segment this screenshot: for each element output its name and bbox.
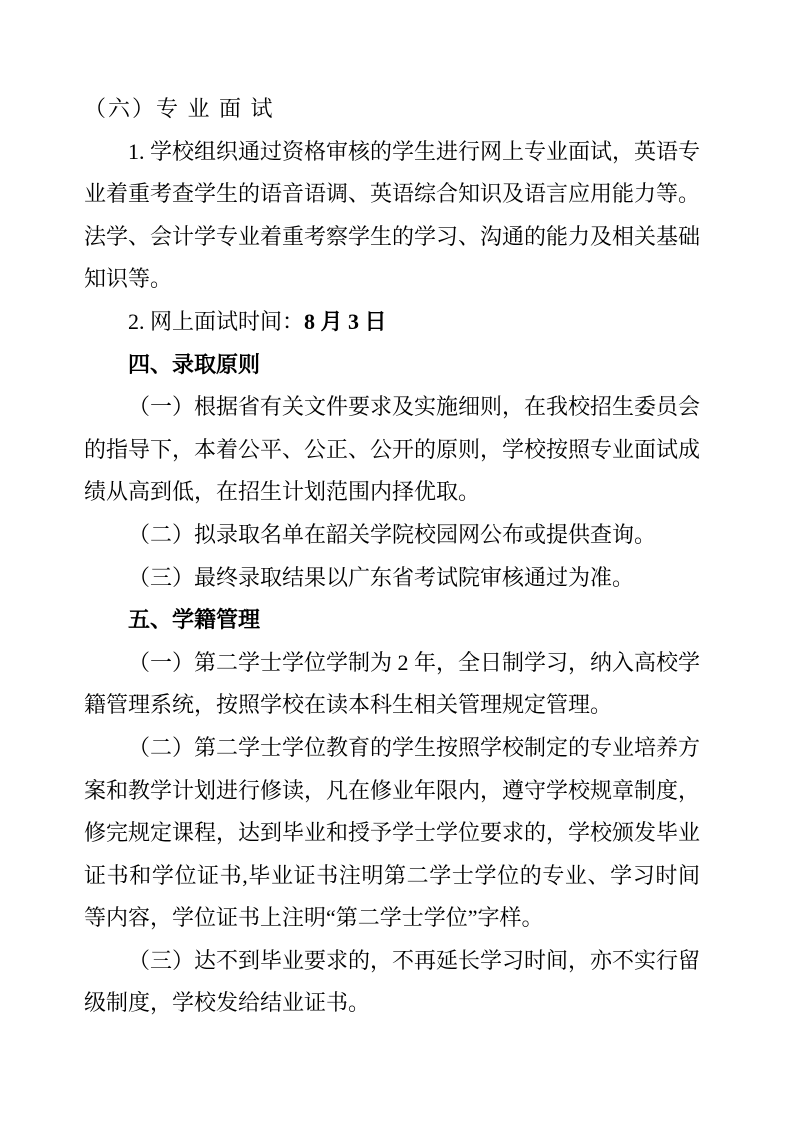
para-status-1-line2: 籍管理系统，按照学校在读本科生相关管理规定管理。 bbox=[84, 684, 700, 727]
para-status-3-line2: 级制度，学校发给结业证书。 bbox=[84, 982, 700, 1025]
document-page: （六）专 业 面 试1. 学校组织通过资格审核的学生进行网上专业面试，英语专业着… bbox=[0, 0, 793, 1122]
text-run: 知识等。 bbox=[84, 266, 172, 291]
para-interview-line2: 业着重考查学生的语音语调、英语综合知识及语言应用能力等。 bbox=[84, 173, 700, 216]
text-run: （一）第二学士学位学制为 2 年，全日制学习，纳入高校学 bbox=[128, 650, 700, 675]
text-run: （三）达不到毕业要求的，不再延长学习时间，亦不实行留 bbox=[128, 948, 700, 973]
para-admission-1-line2: 的指导下，本着公平、公正、公开的原则，学校按照专业面试成 bbox=[84, 429, 700, 472]
para-status-2-line3: 修完规定课程，达到毕业和授予学士学位要求的，学校颁发毕业 bbox=[84, 812, 700, 855]
para-status-2-line2: 案和教学计划进行修读，凡在修业年限内，遵守学校规章制度， bbox=[84, 770, 700, 813]
heading-4-admission-principles: 四、录取原则 bbox=[84, 344, 700, 387]
para-interview-line1: 1. 学校组织通过资格审核的学生进行网上专业面试，英语专 bbox=[84, 131, 700, 174]
text-run: 四、录取原则 bbox=[128, 352, 260, 377]
para-interview-time: 2. 网上面试时间：8 月 3 日 bbox=[84, 301, 700, 344]
text-run: 业着重考查学生的语音语调、英语综合知识及语言应用能力等。 bbox=[84, 181, 700, 206]
section-6-title: （六）专 业 面 试 bbox=[84, 88, 700, 131]
text-run: 绩从高到低，在招生计划范围内择优取。 bbox=[84, 479, 480, 504]
para-status-3-line1: （三）达不到毕业要求的，不再延长学习时间，亦不实行留 bbox=[84, 940, 700, 983]
para-status-2-line1: （二）第二学士学位教育的学生按照学校制定的专业培养方 bbox=[84, 727, 700, 770]
para-admission-3: （三）最终录取结果以广东省考试院审核通过为准。 bbox=[84, 557, 700, 600]
text-run: 2. 网上面试时间： bbox=[128, 309, 304, 334]
text-run: （一）根据省有关文件要求及实施细则，在我校招生委员会 bbox=[128, 394, 700, 419]
para-status-1-line1: （一）第二学士学位学制为 2 年，全日制学习，纳入高校学 bbox=[84, 642, 700, 685]
bold-text-run: 8 月 3 日 bbox=[304, 309, 387, 334]
para-admission-1-line3: 绩从高到低，在招生计划范围内择优取。 bbox=[84, 471, 700, 514]
heading-5-student-status: 五、学籍管理 bbox=[84, 599, 700, 642]
text-run: 1. 学校组织通过资格审核的学生进行网上专业面试，英语专 bbox=[128, 139, 700, 164]
text-run: 级制度，学校发给结业证书。 bbox=[84, 990, 370, 1015]
text-run: 五、学籍管理 bbox=[128, 607, 260, 632]
text-run: （二）第二学士学位教育的学生按照学校制定的专业培养方 bbox=[128, 735, 700, 760]
para-interview-line3: 法学、会计学专业着重考察学生的学习、沟通的能力及相关基础 bbox=[84, 216, 700, 259]
text-run: 案和教学计划进行修读，凡在修业年限内，遵守学校规章制度， bbox=[84, 778, 700, 803]
text-run: （六）专 业 面 试 bbox=[84, 96, 275, 121]
document-body: （六）专 业 面 试1. 学校组织通过资格审核的学生进行网上专业面试，英语专业着… bbox=[84, 88, 700, 1025]
para-status-2-line4: 证书和学位证书,毕业证书注明第二学士学位的专业、学习时间 bbox=[84, 855, 700, 898]
text-run: （二）拟录取名单在韶关学院校园网公布或提供查询。 bbox=[128, 522, 656, 547]
text-run: 等内容，学位证书上注明“第二学士学位”字样。 bbox=[84, 905, 544, 930]
text-run: （三）最终录取结果以广东省考试院审核通过为准。 bbox=[128, 565, 634, 590]
text-run: 法学、会计学专业着重考察学生的学习、沟通的能力及相关基础 bbox=[84, 224, 700, 249]
text-run: 证书和学位证书,毕业证书注明第二学士学位的专业、学习时间 bbox=[84, 863, 700, 888]
para-interview-line4: 知识等。 bbox=[84, 258, 700, 301]
para-status-2-line5: 等内容，学位证书上注明“第二学士学位”字样。 bbox=[84, 897, 700, 940]
text-run: 籍管理系统，按照学校在读本科生相关管理规定管理。 bbox=[84, 692, 612, 717]
text-run: 修完规定课程，达到毕业和授予学士学位要求的，学校颁发毕业 bbox=[84, 820, 700, 845]
para-admission-2: （二）拟录取名单在韶关学院校园网公布或提供查询。 bbox=[84, 514, 700, 557]
para-admission-1-line1: （一）根据省有关文件要求及实施细则，在我校招生委员会 bbox=[84, 386, 700, 429]
text-run: 的指导下，本着公平、公正、公开的原则，学校按照专业面试成 bbox=[84, 437, 700, 462]
